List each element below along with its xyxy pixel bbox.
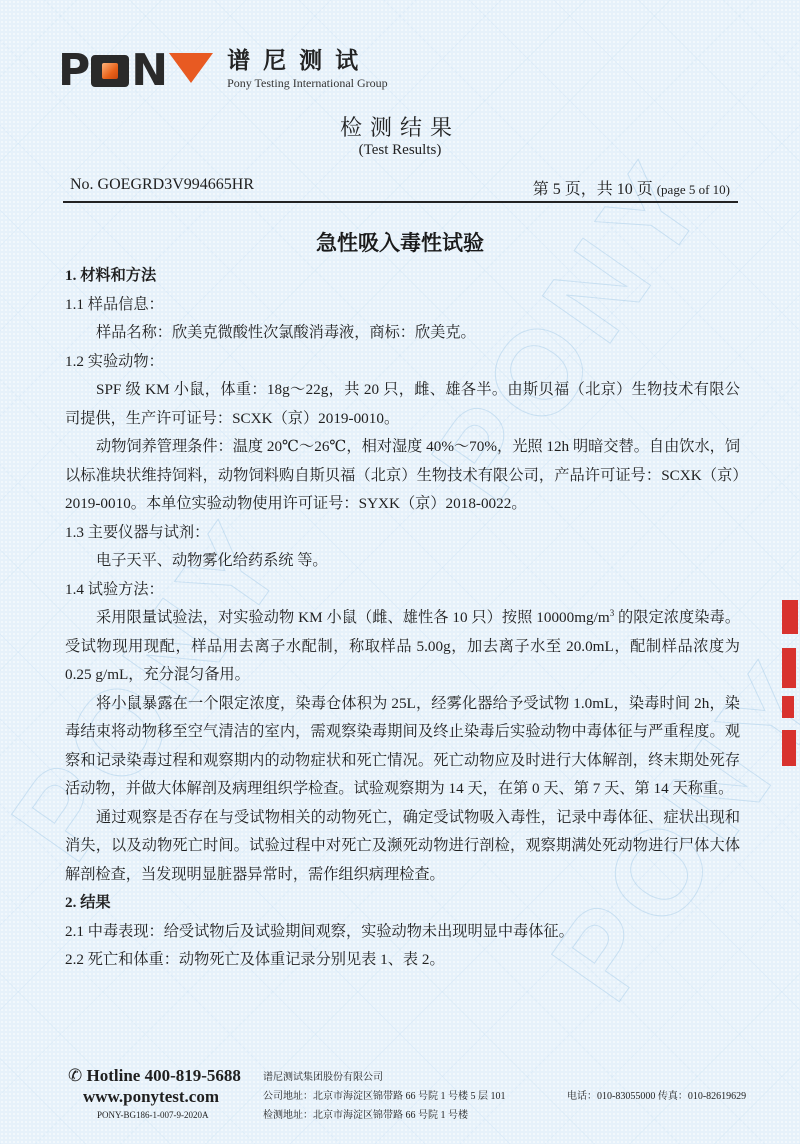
hotline: ✆ Hotline 400-819-5688 xyxy=(68,1066,241,1086)
report-title-cn: 检测结果 xyxy=(0,111,800,142)
company-address: 公司地址：北京市海淀区锦带路 66 号院 1 号楼 5 层 101 xyxy=(263,1087,506,1106)
document-body: 1. 材料和方法 1.1 样品信息： 样品名称：欣美克微酸性次氯酸消毒液，商标：… xyxy=(65,262,740,975)
seal-stamp-fragment xyxy=(782,600,800,800)
report-title-en: (Test Results) xyxy=(0,142,800,159)
page-indicator: 第 5 页，共 10 页 (page 5 of 10) xyxy=(533,176,730,199)
logo-letter: P xyxy=(58,51,89,91)
paragraph: 将小鼠暴露在一个限定浓度，染毒仓体积为 25L，经雾化器给予受试物 1.0mL，… xyxy=(65,690,740,804)
logo-wordmark: P N xyxy=(58,51,213,91)
logo-chinese-name: 谱尼测试 xyxy=(227,48,388,74)
website-link[interactable]: www.ponytest.com xyxy=(83,1087,219,1107)
form-number: PONY-BG186-1-007-9-2020A xyxy=(97,1110,209,1120)
paragraph: 电子天平、动物雾化给药系统 等。 xyxy=(65,547,740,576)
paragraph: 通过观察是否存在与受试物相关的动物死亡，确定受试物吸入毒性，记录中毒体征、症状出… xyxy=(65,804,740,890)
logo-o-square-icon xyxy=(91,55,129,87)
subsection-heading: 1.1 样品信息： xyxy=(65,291,740,320)
subsection-heading: 2.2 死亡和体重：动物死亡及体重记录分别见表 1、表 2。 xyxy=(65,946,740,975)
report-number: No. GOEGRD3V994665HR xyxy=(70,176,254,194)
paragraph: 采用限量试验法，对实验动物 KM 小鼠（雌、雄性各 10 只）按照 10000m… xyxy=(65,604,740,690)
subsection-heading: 1.3 主要仪器与试剂： xyxy=(65,519,740,548)
hotline-number: Hotline 400-819-5688 xyxy=(87,1066,241,1085)
paragraph-text: 采用限量试验法，对实验动物 KM 小鼠（雌、雄性各 10 只）按照 10000m… xyxy=(96,609,610,626)
subsection-heading: 1.4 试验方法： xyxy=(65,576,740,605)
page-indicator-cn: 第 5 页，共 10 页 xyxy=(533,181,653,198)
paragraph: 动物饲养管理条件：温度 20℃～26℃，相对湿度 40%～70%，光照 12h … xyxy=(65,433,740,519)
subsection-heading: 1.2 实验动物： xyxy=(65,348,740,377)
paragraph: SPF 级 KM 小鼠，体重：18g～22g，共 20 只，雌、雄各半。由斯贝福… xyxy=(65,376,740,433)
logo-english-name: Pony Testing International Group xyxy=(227,76,388,91)
logo-y-triangle-icon xyxy=(169,53,213,83)
company-info: 谱尼测试集团股份有限公司 公司地址：北京市海淀区锦带路 66 号院 1 号楼 5… xyxy=(263,1068,506,1125)
section-heading: 2. 结果 xyxy=(65,889,740,918)
subsection-heading: 2.1 中毒表现：给受试物后及试验期间观察，实验动物未出现明显中毒体征。 xyxy=(65,918,740,947)
company-name: 谱尼测试集团股份有限公司 xyxy=(263,1068,506,1087)
page-indicator-en: (page 5 of 10) xyxy=(657,182,730,197)
contact-phone-fax: 电话：010-83055000 传真：010-82619629 xyxy=(567,1087,746,1102)
test-address: 检测地址：北京市海淀区锦带路 66 号院 1 号楼 xyxy=(263,1106,506,1125)
section-heading: 1. 材料和方法 xyxy=(65,262,740,291)
phone-icon: ✆ xyxy=(68,1066,82,1086)
company-logo: P N 谱尼测试 Pony Testing International Grou… xyxy=(58,48,388,91)
document-title: 急性吸入毒性试验 xyxy=(0,227,800,257)
paragraph: 样品名称：欣美克微酸性次氯酸消毒液，商标：欣美克。 xyxy=(65,319,740,348)
logo-letter: N xyxy=(131,51,167,91)
header-divider xyxy=(63,201,738,203)
